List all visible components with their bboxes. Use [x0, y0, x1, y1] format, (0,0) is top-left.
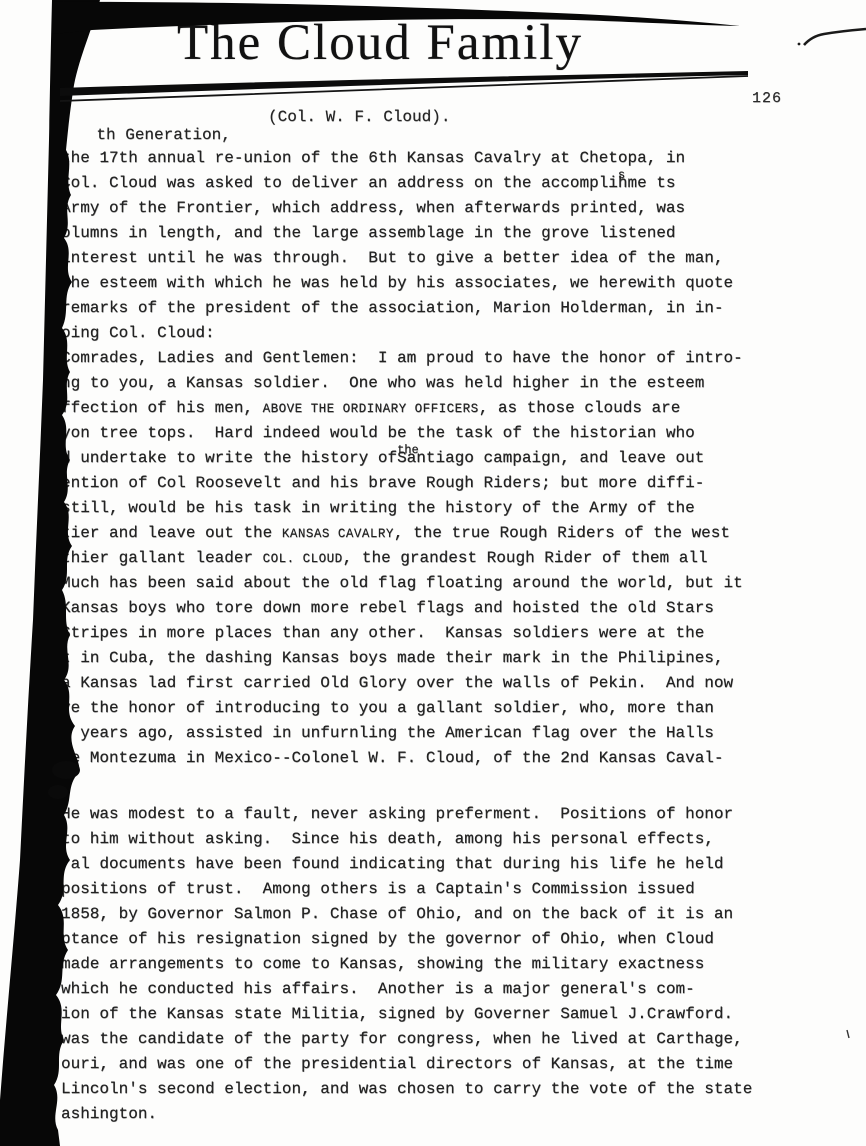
body-paragraphs-second: He was modest to a fault, never asking p… [61, 802, 821, 1127]
text-line: positions of trust. Among others is a Ca… [61, 877, 821, 902]
corner-swoosh-dot [798, 43, 801, 46]
text-line: made arrangements to come to Kansas, sho… [61, 952, 821, 977]
text-line: was the candidate of the party for congr… [61, 1027, 821, 1052]
text-line: d undertake to write the history oftheSa… [61, 446, 821, 471]
corner-swoosh-mark [804, 29, 866, 45]
text-line: Much has been said about the old flag fl… [61, 571, 821, 596]
text-line: y years ago, assisted in unfurnling the … [61, 721, 821, 746]
title-rule-thick [60, 71, 748, 96]
text-line: He was modest to a fault, never asking p… [61, 802, 821, 827]
document-page: The Cloud Family 126 th Generation, (Col… [0, 0, 866, 1146]
text-line: Stripes in more places than any other. K… [61, 621, 821, 646]
body-paragraphs-first: the 17th annual re-union of the 6th Kans… [61, 146, 821, 771]
text-line: ral documents have been found indicating… [61, 852, 821, 877]
text-line: ve the honor of introducing to you a gal… [61, 696, 821, 721]
generation-label: th Generation, [96, 126, 230, 144]
stray-tick-mark [847, 1030, 849, 1038]
text-line: t in Cuba, the dashing Kansas boys made … [61, 646, 821, 671]
text-line: Kansas boys who tore down more rebel fla… [61, 596, 821, 621]
text-line: tier and leave out the KANSAS CAVALRY, t… [61, 521, 821, 546]
text-line: to him without asking. Since his death, … [61, 827, 821, 852]
ink-blob [48, 785, 68, 799]
text-line: 1858, by Governor Salmon P. Chase of Ohi… [61, 902, 821, 927]
generation-subject: (Col. W. F. Cloud). [268, 108, 450, 126]
text-line: thier gallant leader COL. CLOUD, the gra… [61, 546, 821, 571]
page-title: The Cloud Family [0, 14, 760, 72]
title-rule-thin [60, 76, 748, 101]
text-line: interest until he was through. But to gi… [61, 246, 821, 271]
text-line: he Montezuma in Mexico--Colonel W. F. Cl… [61, 746, 821, 771]
text-line: still, would be his task in writing the … [61, 496, 821, 521]
text-line: ashington. [61, 1102, 821, 1127]
text-line: oing Col. Cloud: [61, 321, 821, 346]
text-line: Army of the Frontier, which address, whe… [61, 196, 821, 221]
text-line: the 17th annual re-union of the 6th Kans… [61, 146, 821, 171]
text-line: olumns in length, and the large assembla… [61, 221, 821, 246]
text-line: remarks of the president of the associat… [61, 296, 821, 321]
page-number: 126 [752, 90, 782, 107]
text-line: ion of the Kansas state Militia, signed … [61, 1002, 821, 1027]
text-line: Comrades, Ladies and Gentlemen: I am pro… [61, 346, 821, 371]
text-line: yon tree tops. Hard indeed would be the … [61, 421, 821, 446]
text-line: ptance of his resignation signed by the … [61, 927, 821, 952]
text-line: a Kansas lad first carried Old Glory ove… [61, 671, 821, 696]
text-line: ention of Col Roosevelt and his brave Ro… [61, 471, 821, 496]
text-line: ng to you, a Kansas soldier. One who was… [61, 371, 821, 396]
text-line: ouri, and was one of the presidential di… [61, 1052, 821, 1077]
text-line: Col. Cloud was asked to deliver an addre… [61, 171, 821, 196]
text-line: ffection of his men, ABOVE THE ORDINARY … [61, 396, 821, 421]
text-line: the esteem with which he was held by his… [61, 271, 821, 296]
text-line: which he conducted his affairs. Another … [61, 977, 821, 1002]
text-line: Lincoln's second election, and was chose… [61, 1077, 821, 1102]
